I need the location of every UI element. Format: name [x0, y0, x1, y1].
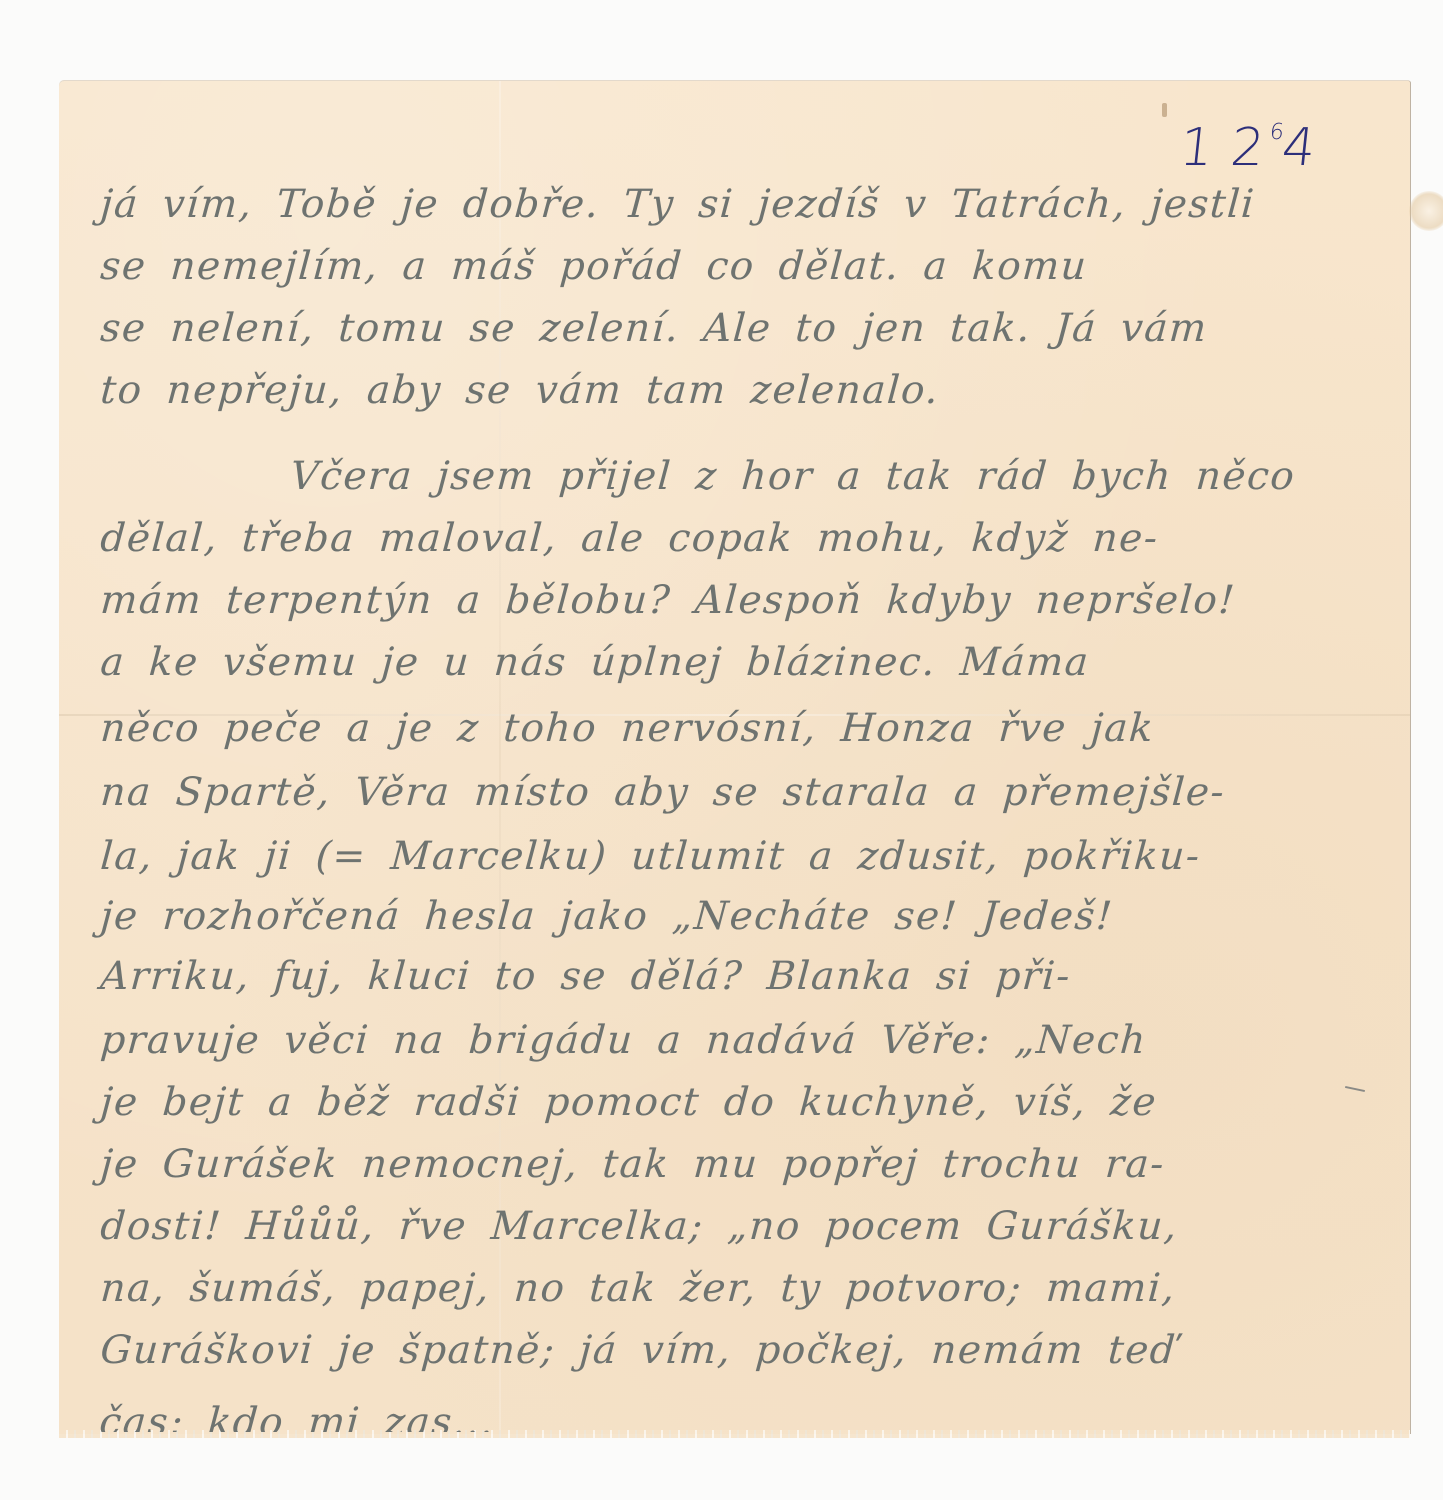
handwritten-line: na, šumáš, papej, no tak žer, ty potvoro…	[98, 1266, 1177, 1326]
handwritten-line: se nemejlím, a máš pořád co dělat. a kom…	[98, 244, 1089, 304]
handwritten-line: la, jak ji (= Marcelku) utlumit a zdusit…	[98, 834, 1202, 894]
handwritten-line-cut-off: čas; kdo mi zas...	[99, 1400, 496, 1432]
handwritten-line: mám terpentýn a bělobu? Alespoň kdyby ne…	[98, 578, 1237, 638]
handwritten-line: to nepřeju, aby se vám tam zelenalo.	[98, 368, 941, 428]
handwritten-line: je bejt a běž radši pomoct do kuchyně, v…	[98, 1080, 1159, 1140]
handwritten-line: pravuje věci na brigádu a nadává Věře: „…	[98, 1018, 1148, 1078]
handwritten-line: na Spartě, Věra místo aby se starala a p…	[98, 770, 1227, 830]
handwritten-line-paragraph-start: Včera jsem přijel z hor a tak rád bych n…	[98, 454, 1297, 514]
handwritten-line: dělal, třeba maloval, ale copak mohu, kd…	[98, 516, 1160, 576]
handwritten-line: dosti! Hůůů, řve Marcelka; „no pocem Gur…	[98, 1204, 1180, 1264]
small-ink-mark	[1162, 103, 1167, 117]
handwritten-line: je Gurášek nemocnej, tak mu popřej troch…	[98, 1142, 1167, 1202]
handwritten-line: a ke všemu je u nás úplnej blázinec. Mám…	[98, 640, 1091, 700]
handwritten-line: je rozhořčená hesla jako „Necháte se! Je…	[98, 894, 1115, 954]
page-number-main: 12	[1177, 118, 1285, 178]
page-number-suffix: 4	[1279, 118, 1336, 178]
page-number: 1264	[1177, 118, 1337, 178]
handwritten-line: já vím, Tobě je dobře. Ty si jezdíš v Ta…	[98, 182, 1257, 242]
scanned-page: 1264 já vím, Tobě je dobře. Ty si jezdíš…	[0, 0, 1443, 1500]
handwritten-line: Guráškovi je špatně; já vím, počkej, nem…	[98, 1328, 1178, 1388]
paper-stain	[1409, 191, 1443, 231]
handwritten-line: něco peče a je z toho nervósní, Honza řv…	[98, 706, 1156, 766]
handwritten-line: Arriku, fuj, kluci to se dělá? Blanka si…	[98, 954, 1073, 1014]
handwritten-line: se nelení, tomu se zelení. Ale to jen ta…	[98, 306, 1209, 366]
